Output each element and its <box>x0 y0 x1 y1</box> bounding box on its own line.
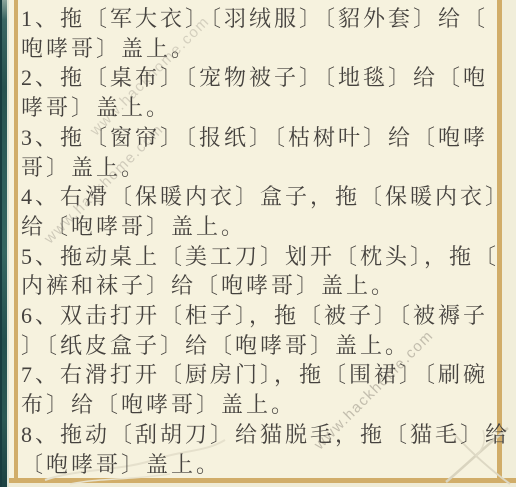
bottom-outer-margin <box>9 483 516 487</box>
guide-step-7-line-1: 7、右滑打开〔厨房门〕，拖〔围裙〕〔刷碗 <box>21 360 495 390</box>
guide-step-2-line-1: 2、拖〔桌布〕〔宠物被子〕〔地毯〕给〔咆 <box>21 63 495 93</box>
guide-step-6-line-2: 〕〔纸皮盒子〕给〔咆哮哥〕盖上。 <box>21 331 495 361</box>
guide-step-3-line-1: 3、拖〔窗帘〕〔报纸〕〔枯树叶〕给〔咆哮 <box>21 123 495 153</box>
guide-step-8-line-1: 8、拖动〔刮胡刀〕给猫脱毛，拖〔猫毛〕给 <box>21 420 495 450</box>
guide-step-5-line-1: 5、拖动桌上〔美工刀〕划开〔枕头〕，拖〔 <box>21 242 495 272</box>
guide-step-1-line-2: 咆哮哥〕盖上。 <box>21 34 495 64</box>
guide-step-8-line-2: 〔咆哮哥〕盖上。 <box>21 450 495 480</box>
guide-step-2-line-2: 哮哥〕盖上。 <box>21 93 495 123</box>
guide-step-4-line-1: 4、右滑〔保暖内衣〕盒子，拖〔保暖内衣〕 <box>21 182 495 212</box>
guide-step-6-line-1: 6、双击打开〔柜子〕，拖〔被子〕〔被褥子 <box>21 301 495 331</box>
right-outer-margin <box>502 0 516 487</box>
left-edge-decoration <box>0 0 9 487</box>
left-gold-border <box>14 0 18 487</box>
guide-step-7-line-2: 布〕给〔咆哮哥〕盖上。 <box>21 390 495 420</box>
guide-text[interactable]: 1、拖〔军大衣〕〔羽绒服〕〔貂外套〕给〔咆哮哥〕盖上。2、拖〔桌布〕〔宠物被子〕… <box>21 4 495 479</box>
guide-step-5-line-2: 内裤和袜子〕给〔咆哮哥〕盖上。 <box>21 271 495 301</box>
guide-step-3-line-2: 哥〕盖上。 <box>21 153 495 183</box>
guide-step-1-line-1: 1、拖〔军大衣〕〔羽绒服〕〔貂外套〕给〔 <box>21 4 495 34</box>
guide-step-4-line-2: 给〔咆哮哥〕盖上。 <box>21 212 495 242</box>
